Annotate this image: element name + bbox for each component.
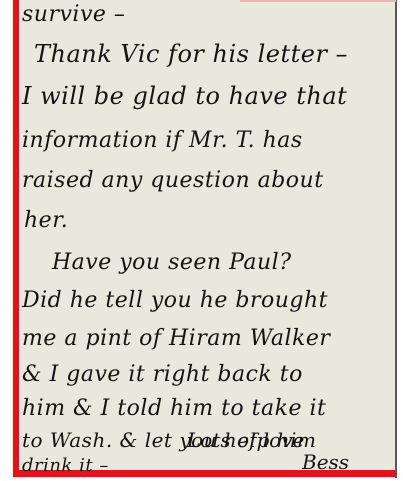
- letter-line: me a pint of Hiram Walker: [22, 326, 330, 351]
- letter-line: him & I told him to take it: [22, 396, 326, 421]
- letter-line: I will be glad to have that: [22, 82, 347, 110]
- letter-line: Did he tell you he brought: [22, 288, 328, 313]
- letter-line: raised any question about: [22, 168, 324, 193]
- letter-scan: survive – Thank Vic for his letter – I w…: [0, 0, 403, 481]
- letter-line: & I gave it right back to: [22, 362, 303, 387]
- letter-line: survive –: [22, 2, 125, 27]
- letter-line: drink it –: [22, 455, 109, 476]
- letter-signature: Bess: [302, 450, 349, 474]
- red-border-left: [13, 0, 19, 477]
- letter-closing: Lots of love: [187, 428, 304, 452]
- letter-body: survive – Thank Vic for his letter – I w…: [22, 0, 392, 470]
- letter-line: Thank Vic for his letter –: [34, 40, 348, 68]
- letter-line: Have you seen Paul?: [52, 250, 292, 275]
- letter-line: information if Mr. T. has: [22, 128, 303, 153]
- letter-line: her.: [24, 208, 68, 233]
